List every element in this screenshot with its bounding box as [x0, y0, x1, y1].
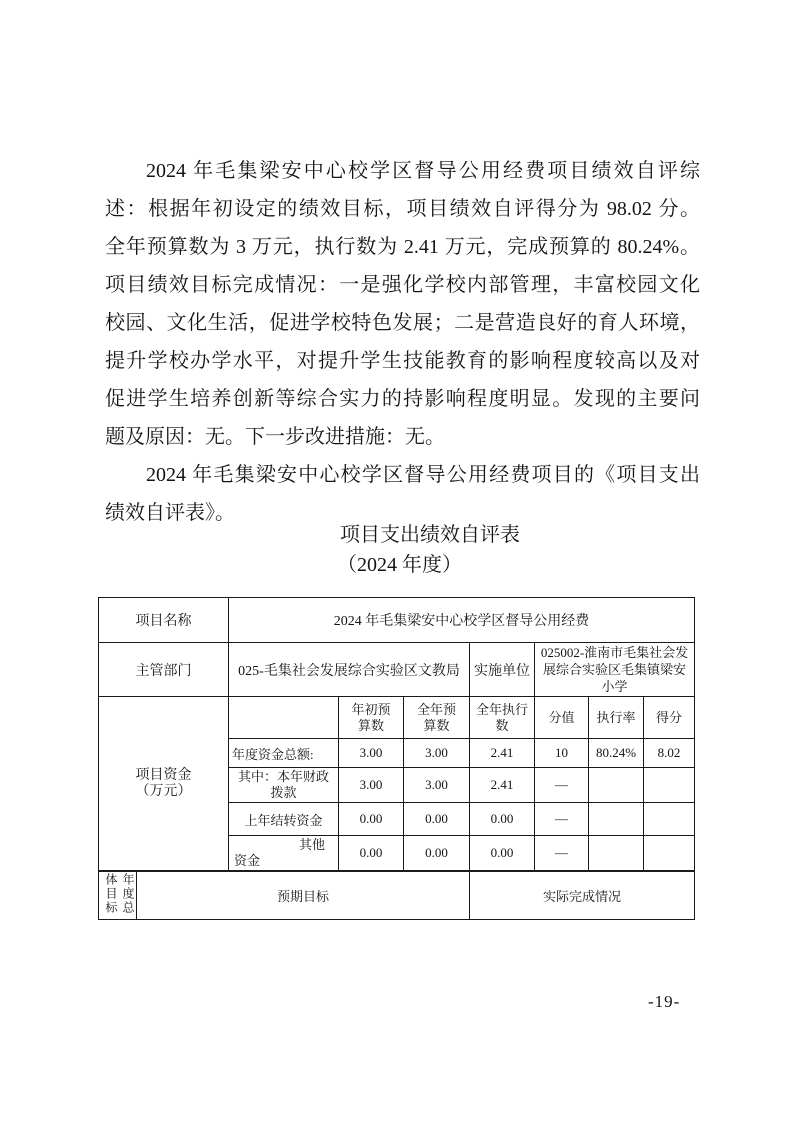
annual-goal-label: 年度总体目标: [102, 873, 136, 918]
value-cell: [589, 803, 644, 836]
value-cell: 0.00: [404, 836, 470, 872]
annual-goal-label-cell: 年度总体目标: [99, 871, 137, 920]
row-label-fiscal-allocation: 其中：本年财政 拨款: [229, 768, 339, 803]
project-name-cell: 2024 年毛集梁安中心校学区督导公用经费: [229, 598, 695, 643]
header-cell-exec-rate: 执行率: [589, 697, 644, 739]
value-cell: [644, 768, 695, 803]
header-cell-annual-exec: 全年执行 数: [470, 697, 535, 739]
value-cell: 8.02: [644, 739, 695, 768]
value-cell: 3.00: [404, 768, 470, 803]
row-label-line: 资金: [232, 853, 335, 869]
value-cell: 2.41: [470, 768, 535, 803]
row-label-line: 其中：本年财政: [232, 769, 335, 785]
header-cell-score: 得分: [644, 697, 695, 739]
row-label-line: 其他: [232, 837, 335, 853]
dept-cell: 025-毛集社会发展综合实验区文教局: [229, 643, 470, 697]
header-cell-annual-budget: 全年预 算数: [404, 697, 470, 739]
summary-line: 2024 年毛集梁安中心校学区督导公用经费项目绩效自评综: [105, 152, 700, 190]
row-label-annual-total: 年度资金总额:: [229, 739, 339, 768]
expected-goal-cell: 预期目标: [137, 871, 470, 920]
header-line: 全年预: [407, 702, 466, 718]
summary-line: 题及原因：无。下一步改进措施：无。: [105, 418, 700, 456]
summary-paragraphs: 2024 年毛集梁安中心校学区督导公用经费项目绩效自评综 述：根据年初设定的绩效…: [105, 152, 700, 532]
value-cell: 0.00: [339, 836, 404, 872]
unit-cell: 025002-淮南市毛集社会发展综合实验区毛集镇梁安小学: [535, 643, 695, 697]
table-title-year: （2024 年度）: [337, 551, 462, 579]
value-cell: 3.00: [339, 768, 404, 803]
unit-label-cell: 实施单位: [470, 643, 535, 697]
header-line: 全年执行: [473, 702, 531, 718]
header-cell-initial-budget: 年初预 算数: [339, 697, 404, 739]
value-cell: [644, 836, 695, 872]
value-cell: 80.24%: [589, 739, 644, 768]
value-cell: 2.41: [470, 739, 535, 768]
value-cell: [644, 803, 695, 836]
value-cell: 0.00: [404, 803, 470, 836]
value-cell: 0.00: [470, 836, 535, 872]
dept-label-cell: 主管部门: [99, 643, 229, 697]
empty-cell: [229, 697, 339, 739]
funds-label-cell: 项目资金 （万元）: [99, 697, 229, 872]
value-cell: 0.00: [470, 803, 535, 836]
header-line: 执行率: [592, 710, 640, 726]
self-evaluation-table: 项目名称 2024 年毛集梁安中心校学区督导公用经费 主管部门 025-毛集社会…: [98, 597, 695, 920]
value-cell: 3.00: [404, 739, 470, 768]
value-cell: —: [535, 768, 589, 803]
row-label-carryover: 上年结转资金: [229, 803, 339, 836]
summary-line: 校园、文化生活，促进学校特色发展；二是营造良好的育人环境，: [105, 304, 700, 342]
value-cell: [589, 768, 644, 803]
row-label-other-funds: 其他 资金: [229, 836, 339, 872]
summary-line: 全年预算数为 3 万元，执行数为 2.41 万元，完成预算的 80.24%。: [105, 228, 700, 266]
value-cell: [589, 836, 644, 872]
page-number: -19-: [648, 992, 680, 1012]
value-cell: —: [535, 836, 589, 872]
value-cell: 0.00: [339, 803, 404, 836]
project-name-label-cell: 项目名称: [99, 598, 229, 643]
header-line: 算数: [407, 718, 466, 734]
header-line: 年初预: [342, 702, 400, 718]
value-cell: —: [535, 803, 589, 836]
summary-line: 项目绩效目标完成情况：一是强化学校内部管理，丰富校园文化: [105, 266, 700, 304]
funds-label-line: （万元）: [102, 784, 225, 800]
header-cell-weight: 分值: [535, 697, 589, 739]
actual-completion-cell: 实际完成情况: [470, 871, 695, 920]
summary-line: 促进学生培养创新等综合实力的持影响程度明显。发现的主要问: [105, 380, 700, 418]
value-cell: 3.00: [339, 739, 404, 768]
summary-line: 提升学校办学水平，对提升学生技能教育的影响程度较高以及对: [105, 342, 700, 380]
header-line: 得分: [647, 710, 691, 726]
document-page: 2024 年毛集梁安中心校学区督导公用经费项目绩效自评综 述：根据年初设定的绩效…: [0, 0, 793, 1122]
header-line: 分值: [538, 710, 585, 726]
header-line: 数: [473, 718, 531, 734]
summary-line: 2024 年毛集梁安中心校学区督导公用经费项目的《项目支出: [105, 456, 700, 494]
funds-label-line: 项目资金: [102, 768, 225, 784]
summary-line: 述：根据年初设定的绩效目标，项目绩效自评得分为 98.02 分。: [105, 190, 700, 228]
row-label-line: 拨款: [232, 785, 335, 801]
value-cell: 10: [535, 739, 589, 768]
table-title: 项目支出绩效自评表: [340, 521, 520, 549]
header-line: 算数: [342, 718, 400, 734]
